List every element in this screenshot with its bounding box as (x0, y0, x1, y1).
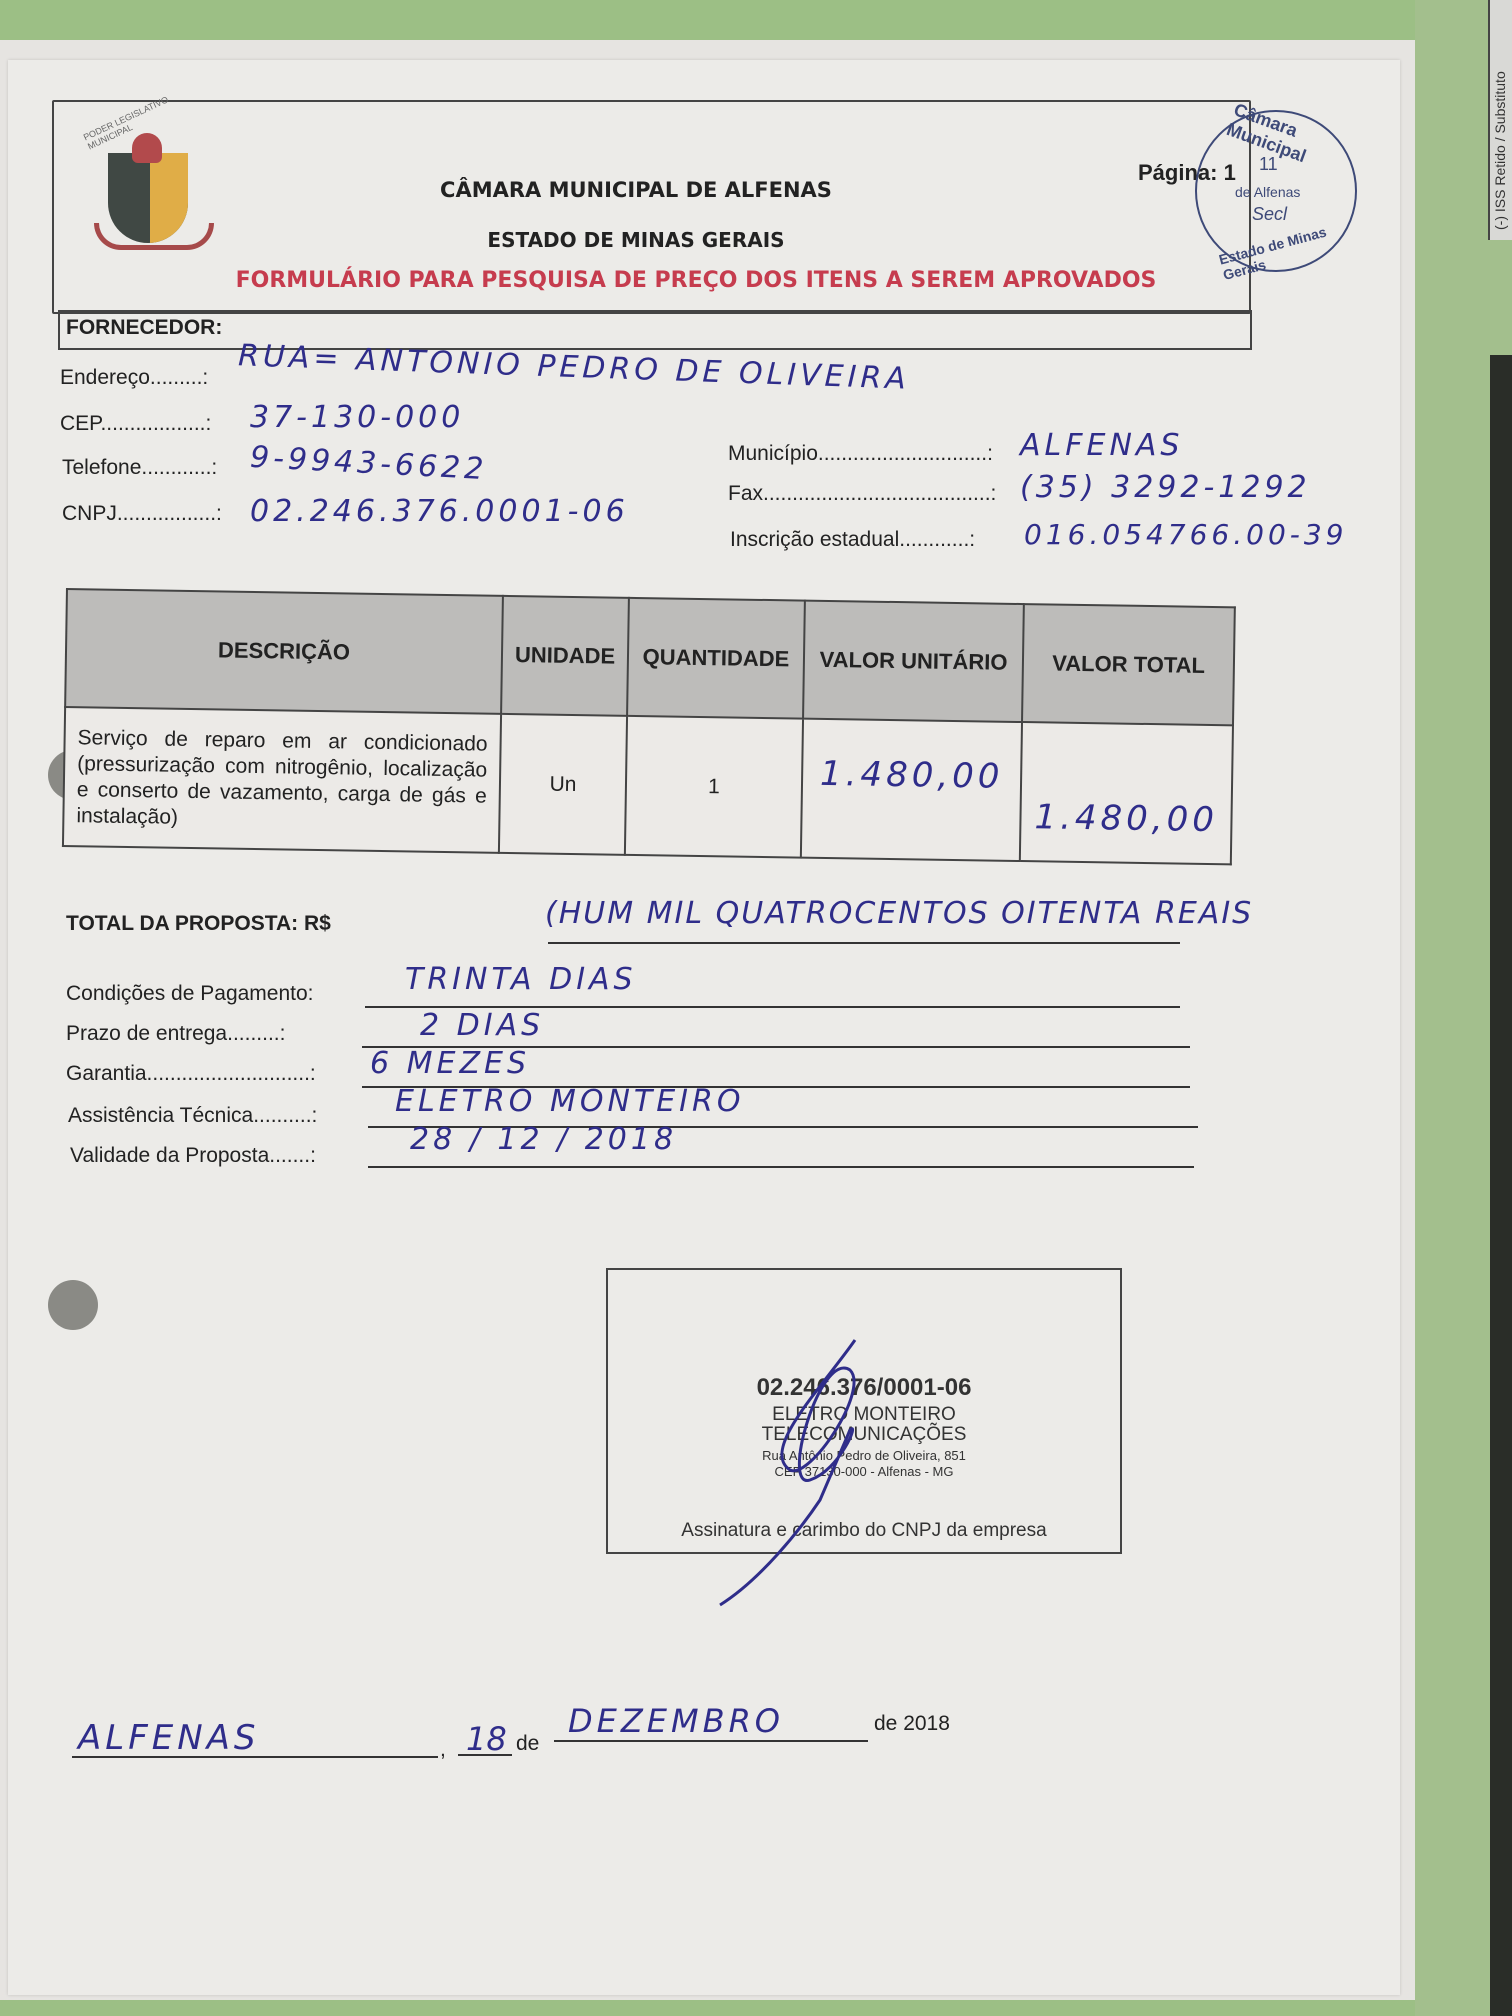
table-header-row: DESCRIÇÃO UNIDADE QUANTIDADE VALOR UNITÁ… (65, 589, 1235, 725)
total-underline (548, 942, 1180, 944)
validity-line (368, 1166, 1194, 1168)
date-city[interactable]: ALFENAS (78, 1718, 260, 1758)
payment-terms-label: Condições de Pagamento: (66, 982, 314, 1006)
cnpj-value[interactable]: 02.246.376.0001-06 (250, 494, 629, 529)
stamp-initials: Secl (1252, 204, 1287, 225)
items-table: DESCRIÇÃO UNIDADE QUANTIDADE VALOR UNITÁ… (62, 588, 1236, 865)
stamp-middle-text: de Alfenas (1235, 184, 1300, 200)
payment-terms-value[interactable]: TRINTA DIAS (405, 962, 637, 997)
cnpj-label: CNPJ.................: (62, 502, 222, 526)
municipality-label: Município.............................: (728, 442, 993, 466)
month-line (554, 1740, 868, 1742)
supplier-header-box (58, 310, 1252, 350)
handwritten-signature (700, 1330, 890, 1610)
item-unit-price: 1.480,00 (820, 753, 1004, 796)
date-year: de 2018 (874, 1712, 950, 1736)
date-de: de (516, 1732, 539, 1756)
address-label: Endereço.........: (60, 366, 208, 390)
item-total-price-cell[interactable]: 1.480,00 (1020, 722, 1233, 864)
col-header-total-price: VALOR TOTAL (1022, 604, 1234, 725)
tech-support-value[interactable]: ELETRO MONTEIRO (395, 1084, 744, 1119)
side-tab-text: (-) ISS Retido / Substituto (1492, 71, 1508, 230)
col-header-unit: UNIDADE (501, 596, 629, 716)
city-line (72, 1756, 438, 1758)
state-name: ESTADO DE MINAS GERAIS (0, 228, 1392, 252)
item-description: Serviço de reparo em ar condicionado (pr… (63, 707, 501, 853)
stamp-number: 11 (1259, 154, 1278, 175)
item-quantity: 1 (625, 716, 803, 858)
municipality-value[interactable]: ALFENAS (1020, 428, 1183, 463)
date-day[interactable]: 18 (466, 1720, 507, 1758)
validity-value[interactable]: 28 / 12 / 2018 (410, 1122, 677, 1157)
col-header-description: DESCRIÇÃO (65, 589, 503, 714)
cep-value[interactable]: 37-130-000 (250, 400, 464, 435)
delivery-value[interactable]: 2 DIAS (420, 1008, 544, 1043)
side-tab-label: (-) ISS Retido / Substituto (1488, 0, 1512, 240)
item-unit: Un (499, 714, 627, 855)
state-registration-label: Inscrição estadual............: (730, 528, 975, 552)
fax-label: Fax.....................................… (728, 482, 996, 506)
warranty-label: Garantia............................: (66, 1062, 316, 1086)
item-unit-price-cell[interactable]: 1.480,00 (801, 719, 1023, 861)
col-header-unit-price: VALOR UNITÁRIO (803, 601, 1024, 722)
state-registration-value[interactable]: 016.054766.00-39 (1024, 518, 1348, 551)
date-month[interactable]: DEZEMBRO (568, 1702, 784, 1740)
fax-value[interactable]: (35) 3292-1292 (1020, 470, 1311, 505)
receipt-stamp: Câmara Municipal 11 de Alfenas Secl Esta… (1195, 110, 1357, 272)
dark-folder-edge (1490, 355, 1512, 2016)
binder-hole-bottom (48, 1280, 98, 1330)
validity-label: Validade da Proposta.......: (70, 1144, 316, 1168)
helmet-icon (132, 133, 162, 163)
total-label: TOTAL DA PROPOSTA: R$ (66, 912, 331, 936)
col-header-quantity: QUANTIDADE (627, 598, 805, 719)
item-total-price: 1.480,00 (1034, 797, 1218, 840)
supplier-label: FORNECEDOR: (66, 316, 222, 340)
day-line (458, 1754, 512, 1756)
tech-support-label: Assistência Técnica..........: (68, 1104, 317, 1128)
phone-label: Telefone............: (62, 456, 217, 480)
table-row: Serviço de reparo em ar condicionado (pr… (63, 707, 1233, 864)
delivery-label: Prazo de entrega.........: (66, 1022, 285, 1046)
cep-label: CEP..................: (60, 412, 211, 436)
comma: , (440, 1738, 446, 1762)
total-in-words[interactable]: (HUM MIL QUATROCENTOS OITENTA REAIS (545, 896, 1253, 931)
warranty-value[interactable]: 6 MEZES (370, 1046, 530, 1081)
